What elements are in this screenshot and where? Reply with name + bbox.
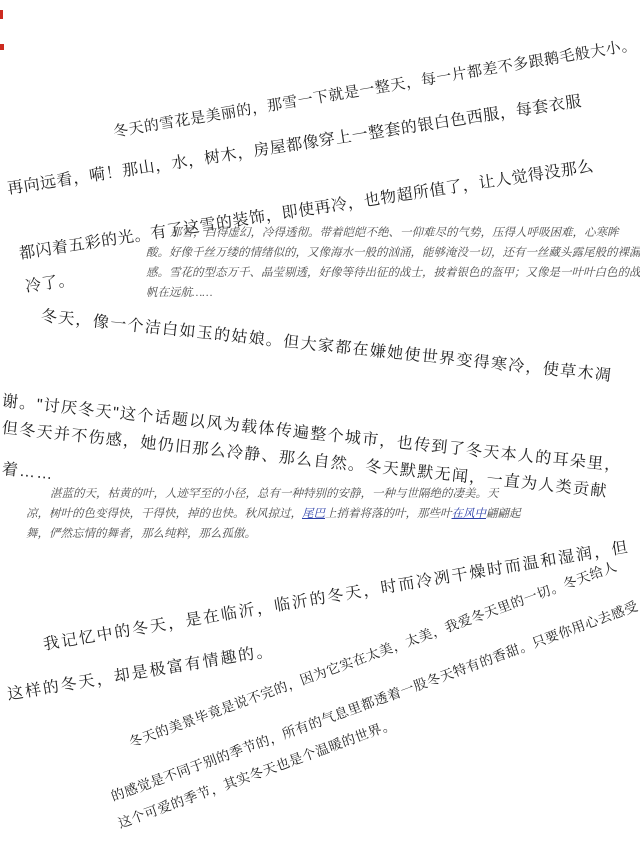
text-segment: 翩翩起 — [486, 508, 521, 520]
quote1-line1: 那雪，白得虚幻，冷得透彻。带着皑皑不绝、一仰难尽的气势，压得人呼吸困难，心寒眸 — [170, 226, 619, 240]
para3-line1: 冬天，像一个洁白如玉的姑娘。但大家都在嫌她使世界变得寒冷，使草木凋 — [40, 307, 613, 387]
quote1-line2: 酸。好像千丝万缕的情绪似的，又像海水一般的汹涌，能够淹没一切，还有一丝藏头露尾般… — [146, 246, 640, 260]
quote2-line1: 湛蓝的天，枯黄的叶，人迹罕至的小径，总有一种特别的安静，一种与世隔绝的凄美。天 — [50, 487, 499, 501]
essay-page: { "title": "winter-essay-composite", "co… — [0, 0, 640, 841]
para2-line3: 冷了。 — [24, 270, 76, 297]
quote2-line3: 舞，俨然忘情的舞者，那么纯粹，那么孤傲。 — [26, 527, 256, 541]
quote2-line2: 凉，树叶的色变得快，干得快，掉的也快。秋风掠过，尾巴上捎着将落的叶，那些叶在风中… — [26, 507, 521, 521]
red-edge-mark-bottom — [0, 44, 4, 50]
inline-link[interactable]: 在风中 — [452, 508, 487, 520]
red-edge-mark-top — [0, 10, 3, 19]
inline-link[interactable]: 尾巴 — [302, 508, 325, 520]
quote1-line3: 感。雪花的型态万千、晶莹剔透，好像等待出征的战士，披着银色的盔甲；又像是一叶叶白… — [146, 266, 640, 280]
para3-line4: 着…… — [1, 460, 55, 485]
text-segment: 上捎着将落的叶，那些叶 — [325, 508, 452, 520]
text-segment: 凉，树叶的色变得快，干得快，掉的也快。秋风掠过， — [26, 508, 302, 520]
quote1-line4: 帆在远航…… — [146, 286, 212, 300]
